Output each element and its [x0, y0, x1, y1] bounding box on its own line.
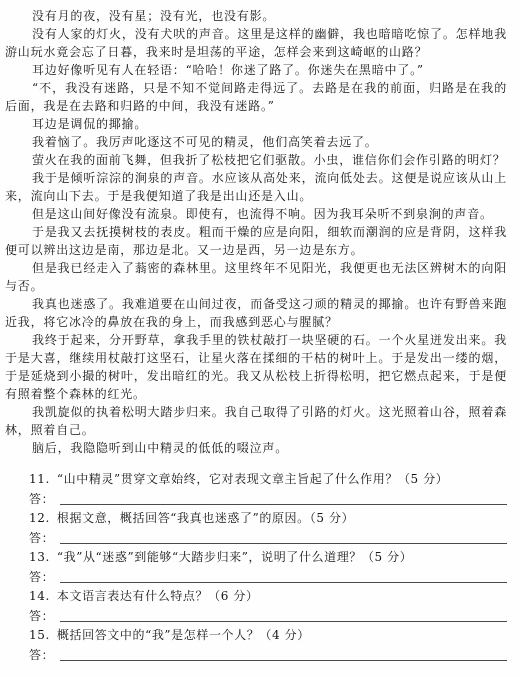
answer-blank-line: [60, 620, 507, 622]
passage-paragraph: 耳边好像听见有人在轻语：“哈哈！你迷了路了。你迷失在黑暗中了。”: [5, 61, 507, 79]
reading-passage: 没有月的夜，没有星；没有光，也没有影。 没有人家的灯火，没有犬吠的声音。这里是这…: [5, 7, 507, 457]
passage-paragraph: 耳边是调侃的揶揄。: [5, 115, 507, 133]
passage-paragraph: 没有月的夜，没有星；没有光，也没有影。: [5, 7, 507, 25]
question-number: 15.: [29, 626, 50, 646]
question-line: 14. 本文语言表达有什么特点？（6 分）: [29, 587, 507, 607]
answer-line: 答：: [29, 568, 507, 588]
answer-blank-line: [60, 581, 507, 583]
passage-paragraph: 我于是倾听淙淙的涧泉的声音。水应该从高处来，流向低处去。这便是说应该从山上来，流…: [5, 169, 507, 205]
answer-label: 答：: [29, 607, 54, 627]
passage-paragraph: 萤火在我的面前飞舞，但我折了松枝把它们驱散。小虫，谁信你们会作引路的明灯？: [5, 151, 507, 169]
passage-paragraph: “不，我没有迷路，只是不知不觉间路走得远了。去路是在我的前面，归路是在我的后面，…: [5, 79, 507, 115]
question-15: 15. 概括回答文中的“我”是怎样一个人？（4 分） 答：: [29, 626, 507, 665]
question-number: 13.: [29, 548, 50, 568]
passage-paragraph: 我着恼了。我厉声叱逐这不可见的精灵，他们高笑着去远了。: [5, 133, 507, 151]
passage-paragraph: 脑后，我隐隐听到山中精灵的低低的啜泣声。: [5, 439, 507, 457]
answer-label: 答：: [29, 568, 54, 588]
passage-paragraph: 我真也迷惑了。我难道要在山间过夜，而备受这刁顽的精灵的揶揄。也许有野兽来跑近我，…: [5, 295, 507, 331]
question-text: “山中精灵”贯穿文章始终，它对表现文章主旨起了什么作用？（5 分）: [57, 470, 507, 490]
question-12: 12. 根据文意，概括回答“我真也迷惑了”的原因。（5 分） 答：: [29, 509, 507, 548]
question-line: 11. “山中精灵”贯穿文章始终，它对表现文章主旨起了什么作用？（5 分）: [29, 470, 507, 490]
question-number: 14.: [29, 587, 50, 607]
question-number: 11.: [29, 470, 50, 490]
answer-blank-line: [60, 503, 507, 505]
passage-paragraph: 于是我又去抚摸树枝的表皮。粗而干燥的应是向阳，细软而潮润的应是背阴，这样我便可以…: [5, 223, 507, 259]
question-text: 概括回答文中的“我”是怎样一个人？（4 分）: [57, 626, 507, 646]
answer-label: 答：: [29, 646, 54, 666]
question-text: 根据文意，概括回答“我真也迷惑了”的原因。（5 分）: [57, 509, 507, 529]
question-text: 本文语言表达有什么特点？（6 分）: [57, 587, 507, 607]
questions-section: 11. “山中精灵”贯穿文章始终，它对表现文章主旨起了什么作用？（5 分） 答：…: [29, 470, 507, 665]
answer-line: 答：: [29, 607, 507, 627]
passage-paragraph: 但是我已经走入了蓊密的森林里。这里终年不见阳光，我便更也无法区辨树木的向阳与否。: [5, 259, 507, 295]
answer-label: 答：: [29, 529, 54, 549]
passage-paragraph: 我终于起来，分开野草，拿我手里的铁杖敲打一块坚硬的石。一个火星迸发出来。我于是大…: [5, 331, 507, 403]
question-14: 14. 本文语言表达有什么特点？（6 分） 答：: [29, 587, 507, 626]
passage-paragraph: 没有人家的灯火，没有犬吠的声音。这里是这样的幽僻，我也暗暗吃惊了。怎样地我游山玩…: [5, 25, 507, 61]
question-13: 13. “我”从“迷惑”到能够“大踏步归来”，说明了什么道理？（5 分） 答：: [29, 548, 507, 587]
answer-blank-line: [60, 542, 507, 544]
passage-paragraph: 但是这山间好像没有流泉。即使有，也流得不响。因为我耳朵听不到泉涧的声音。: [5, 205, 507, 223]
passage-paragraph: 我凯旋似的执着松明大踏步归来。我自己取得了引路的灯火。这光照着山谷，照着森林，照…: [5, 403, 507, 439]
question-line: 13. “我”从“迷惑”到能够“大踏步归来”，说明了什么道理？（5 分）: [29, 548, 507, 568]
answer-line: 答：: [29, 490, 507, 510]
exam-page: 没有月的夜，没有星；没有光，也没有影。 没有人家的灯火，没有犬吠的声音。这里是这…: [0, 0, 520, 677]
question-text: “我”从“迷惑”到能够“大踏步归来”，说明了什么道理？（5 分）: [57, 548, 507, 568]
question-line: 15. 概括回答文中的“我”是怎样一个人？（4 分）: [29, 626, 507, 646]
question-number: 12.: [29, 509, 50, 529]
answer-label: 答：: [29, 490, 54, 510]
answer-blank-line: [60, 659, 507, 661]
question-line: 12. 根据文意，概括回答“我真也迷惑了”的原因。（5 分）: [29, 509, 507, 529]
answer-line: 答：: [29, 529, 507, 549]
question-11: 11. “山中精灵”贯穿文章始终，它对表现文章主旨起了什么作用？（5 分） 答：: [29, 470, 507, 509]
answer-line: 答：: [29, 646, 507, 666]
